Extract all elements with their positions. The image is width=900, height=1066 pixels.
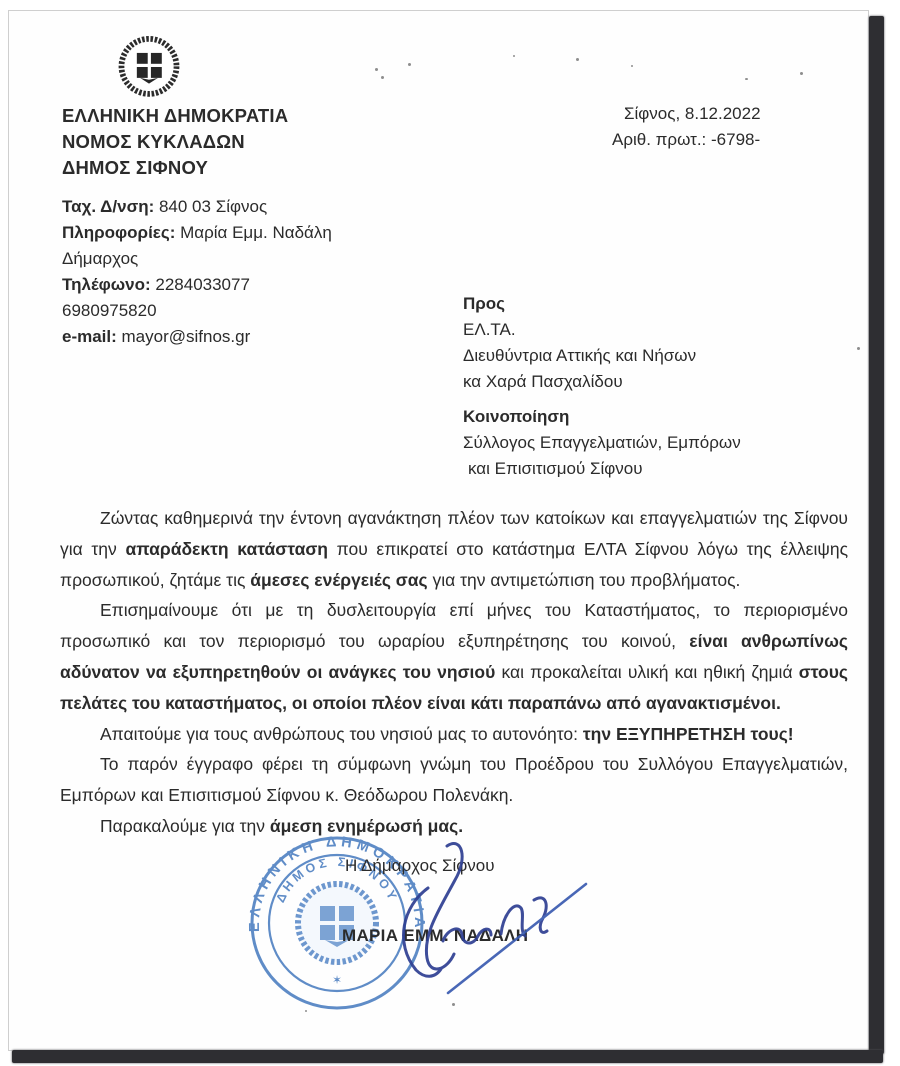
contact-block: Ταχ. Δ/νση: 840 03 Σίφνος Πληροφορίες: Μ… xyxy=(62,194,332,350)
to-line-title: Διευθύντρια Αττικής και Νήσων xyxy=(463,343,741,369)
cc-label: Κοινοποίηση xyxy=(463,404,741,430)
letter-body: Ζώντας καθημερινά την έντονη αγανάκτηση … xyxy=(60,503,848,842)
greek-coat-of-arms-icon xyxy=(117,34,181,100)
place-and-date: Σίφνος, 8.12.2022 xyxy=(612,101,761,127)
sender-line-municipality: ΔΗΜΟΣ ΣΙΦΝΟΥ xyxy=(62,155,288,181)
contact-mobile: 6980975820 xyxy=(62,298,332,324)
date-protocol-block: Σίφνος, 8.12.2022 Αριθ. πρωτ.: -6798- xyxy=(612,101,761,153)
to-label: Προς xyxy=(463,291,741,317)
to-line-person: κα Χαρά Πασχαλίδου xyxy=(463,369,741,395)
sender-header: ΕΛΛΗΝΙΚΗ ΔΗΜΟΚΡΑΤΙΑ ΝΟΜΟΣ ΚΥΚΛΑΔΩΝ ΔΗΜΟΣ… xyxy=(62,103,288,181)
cc-line-1: Σύλλογος Επαγγελματιών, Εμπόρων xyxy=(463,430,741,456)
paragraph-1: Ζώντας καθημερινά την έντονη αγανάκτηση … xyxy=(60,503,848,595)
scanned-letter-page: ΕΛΛΗΝΙΚΗ ΔΗΜΟΚΡΑΤΙΑ ΝΟΜΟΣ ΚΥΚΛΑΔΩΝ ΔΗΜΟΣ… xyxy=(0,0,900,1066)
contact-person: Πληροφορίες: Μαρία Εμμ. Ναδάλη xyxy=(62,220,332,246)
to-line-org: ΕΛ.ΤΑ. xyxy=(463,317,741,343)
paragraph-4: Το παρόν έγγραφο φέρει τη σύμφωνη γνώμη … xyxy=(60,749,848,811)
paragraph-3: Απαιτούμε για τους ανθρώπους του νησιού … xyxy=(60,719,848,750)
cc-line-2: και Επισιτισμού Σίφνου xyxy=(463,456,741,482)
scan-shadow-right xyxy=(869,16,884,1054)
postal-address: Ταχ. Δ/νση: 840 03 Σίφνος xyxy=(62,194,332,220)
scan-shadow-bottom xyxy=(12,1050,883,1063)
sender-line-republic: ΕΛΛΗΝΙΚΗ ΔΗΜΟΚΡΑΤΙΑ xyxy=(62,103,288,129)
handwritten-signature-icon xyxy=(315,838,600,1003)
contact-phone: Τηλέφωνο: 2284033077 xyxy=(62,272,332,298)
sender-line-prefecture: ΝΟΜΟΣ ΚΥΚΛΑΔΩΝ xyxy=(62,129,288,155)
paragraph-2: Επισημαίνουμε ότι με τη δυσλειτουργία επ… xyxy=(60,595,848,718)
protocol-number: Αριθ. πρωτ.: -6798- xyxy=(612,127,761,153)
contact-email: e-mail: mayor@sifnos.gr xyxy=(62,324,332,350)
contact-role: Δήμαρχος xyxy=(62,246,332,272)
recipient-block: Προς ΕΛ.ΤΑ. Διευθύντρια Αττικής και Νήσω… xyxy=(463,291,741,482)
